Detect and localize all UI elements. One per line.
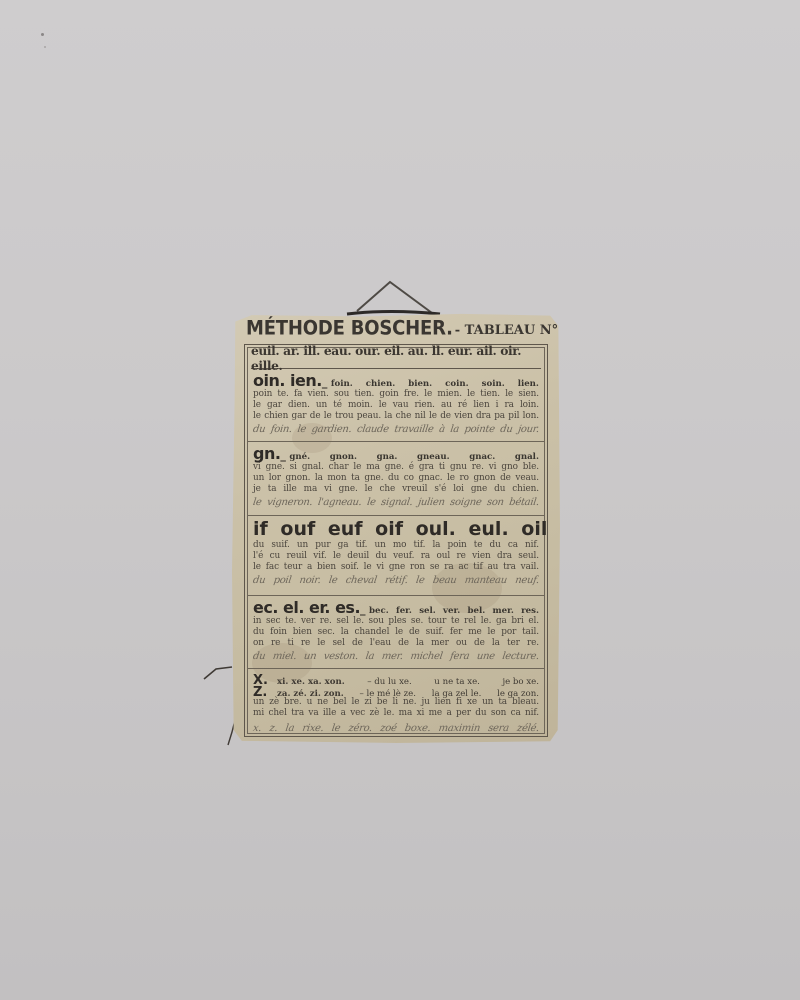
- word: mer.: [493, 606, 514, 616]
- word: bel.: [468, 606, 486, 616]
- section-if-ouf: if ouf euf oif oul. eul. oil du suif. un…: [248, 516, 544, 596]
- reading-line: on re ti re le sel de l'eau de la mer ou…: [253, 638, 539, 649]
- word: ver.: [443, 606, 460, 616]
- wall-speck: [44, 46, 46, 48]
- script-line: x. z. la rixe. le zéro. zoé boxe. maximi…: [252, 721, 540, 736]
- reading-line: le fac teur a bien soif. le vi gne ron s…: [253, 562, 539, 573]
- section-title: gn.: [253, 444, 280, 463]
- section-words: foin. chien. bien. coin. soin. lien.: [331, 379, 539, 389]
- section-title: if ouf euf oif oul. eul. oil: [253, 518, 539, 540]
- title-dash: _: [360, 603, 365, 616]
- syllables: xi. xe. xa. xon.: [277, 677, 345, 687]
- poster-heading: MÉTHODE BOSCHER. - TABLEAU N° 8: [246, 318, 551, 346]
- word: chien.: [366, 379, 395, 389]
- word: bien.: [408, 379, 432, 389]
- wall-speck: [41, 33, 44, 36]
- reading-chart-poster: MÉTHODE BOSCHER. - TABLEAU N° 8 euil. ar…: [232, 313, 560, 743]
- word: coin.: [445, 379, 468, 389]
- word: foin.: [331, 379, 353, 389]
- word: gnon.: [330, 452, 357, 462]
- word: lien.: [518, 379, 539, 389]
- x-examples: xi. xe. xa. xon. – du lu xe. u ne ta xe.…: [277, 677, 539, 687]
- section-words: bec. fer. sel. ver. bel. mer. res.: [369, 606, 539, 616]
- section-words: gné. gnon. gna. gneau. gnac. gnal.: [289, 452, 539, 462]
- reading-line: un zè bre. u ne bel le zi be li ne. ju l…: [253, 697, 539, 708]
- reading-line: in sec te. ver re. sel le. sou ples se. …: [253, 616, 539, 627]
- word: gnac.: [469, 452, 495, 462]
- word: gné.: [289, 452, 310, 462]
- section-ec-el-er-es: ec. el. er. es. _ bec. fer. sel. ver. be…: [248, 596, 544, 669]
- title-dash: _: [280, 449, 285, 462]
- example: u ne ta xe.: [434, 677, 480, 687]
- section-title: ec. el. er. es.: [253, 598, 360, 617]
- example: – du lu xe.: [367, 677, 411, 687]
- title-dash: _: [322, 376, 327, 389]
- reading-line: le gar dien. un té moin. le vau rien. au…: [253, 400, 539, 411]
- section-title: oin. ien.: [253, 371, 322, 390]
- chart-frame: euil. ar. ill. eau. our. eil. au. ll. eu…: [244, 344, 548, 737]
- reading-line: du foin bien sec. la chandel le de suif.…: [253, 627, 539, 638]
- section-x-z: X. xi. xe. xa. xon. – du lu xe. u ne ta …: [248, 669, 544, 743]
- word: gnal.: [515, 452, 539, 462]
- script-line: du poil noir. le cheval rétif. le beau m…: [252, 573, 540, 588]
- reading-line: mi chel tra va ille a vec zè le. ma xi m…: [253, 708, 539, 719]
- reading-line: du suif. un pur ga tif. un mo tif. la po…: [253, 540, 539, 551]
- poster-title: MÉTHODE BOSCHER.: [246, 317, 453, 340]
- poster-subtitle: - TABLEAU N° 8: [455, 323, 572, 338]
- word: sel.: [419, 606, 436, 616]
- section-oin-ien: oin. ien. _ foin. chien. bien. coin. soi…: [248, 369, 544, 442]
- sound-band: euil. ar. ill. eau. our. eil. au. ll. eu…: [251, 348, 541, 369]
- script-line: le vigneron. l'agneau. le signal. julien…: [252, 495, 540, 510]
- example: je bo xe.: [502, 677, 539, 687]
- word: gneau.: [417, 452, 450, 462]
- x-row: X. xi. xe. xa. xon. – du lu xe. u ne ta …: [253, 673, 539, 685]
- word: res.: [521, 606, 539, 616]
- script-line: du foin. le gardien. claude travaille à …: [252, 422, 540, 437]
- reading-line: vi gne. si gnal. char le ma gne. é gra t…: [253, 462, 539, 473]
- section-gn: gn. _ gné. gnon. gna. gneau. gnac. gnal.…: [248, 442, 544, 516]
- word: gna.: [377, 452, 398, 462]
- reading-line: un lor gnon. la mon ta gne. du co gnac. …: [253, 473, 539, 484]
- reading-line: l'é cu reuil vif. le deuil du veuf. ra o…: [253, 551, 539, 562]
- reading-line: je ta ille ma vi gne. le che vreuil s'é …: [253, 484, 539, 495]
- script-line: du miel. un veston. la mer. michel fera …: [252, 649, 540, 664]
- word: soin.: [482, 379, 505, 389]
- reading-line: poin te. fa vien. sou tien. goin fre. le…: [253, 389, 539, 400]
- word: bec.: [369, 606, 389, 616]
- reading-line: le chien gar de le trou peau. la che nil…: [253, 411, 539, 422]
- word: fer.: [396, 606, 412, 616]
